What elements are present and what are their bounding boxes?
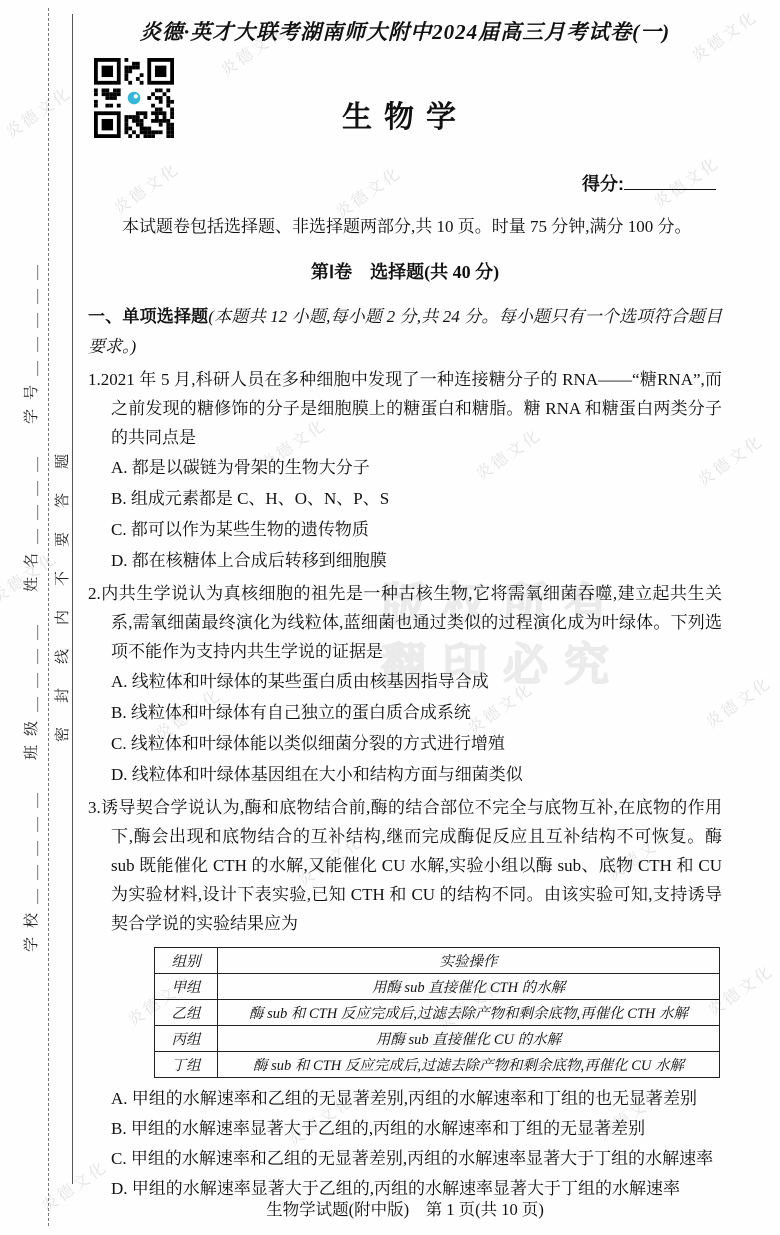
question-3-text: 3.诱导契合学说认为,酶和底物结合前,酶的结合部位不完全与底物互补,在底物的作用…	[88, 793, 722, 938]
table-row: 甲组 用酶 sub 直接催化 CTH 的水解	[155, 974, 720, 1000]
table-header-row: 组别 实验操作	[155, 948, 720, 974]
cell-group: 丁组	[155, 1052, 218, 1078]
question-2: 2.内共生学说认为真核细胞的祖先是一种古核生物,它将需氧细菌吞噬,建立起共生关系…	[88, 579, 722, 790]
table-row: 丙组 用酶 sub 直接催化 CU 的水解	[155, 1026, 720, 1052]
experiment-table: 组别 实验操作 甲组 用酶 sub 直接催化 CTH 的水解 乙组 酶 sub …	[154, 947, 720, 1078]
subject-title: 生物学	[88, 92, 722, 136]
question-1: 1.2021 年 5 月,科研人员在多种细胞中发现了一种连接糖分子的 RNA——…	[88, 365, 722, 576]
question-2-text: 2.内共生学说认为真核细胞的祖先是一种古核生物,它将需氧细菌吞噬,建立起共生关系…	[88, 579, 722, 666]
qr-code	[94, 58, 174, 138]
exam-paper-page: 版权所有 翻印必究 炎德文化炎德文化炎德文化炎德文化炎德文化炎德文化炎德文化炎德…	[0, 0, 780, 1235]
cell-operation: 用酶 sub 直接催化 CU 的水解	[218, 1026, 720, 1052]
question-2-option-b: B. 线粒体和叶绿体有自己独立的蛋白质合成系统	[88, 697, 722, 728]
page-footer: 生物学试题(附中版) 第 1 页(共 10 页)	[88, 1196, 722, 1220]
cell-operation: 酶 sub 和 CTH 反应完成后,过滤去除产物和剩余底物,再催化 CU 水解	[218, 1052, 720, 1078]
cell-operation: 酶 sub 和 CTH 反应完成后,过滤去除产物和剩余底物,再催化 CTH 水解	[218, 1000, 720, 1026]
exam-title: 炎德·英才大联考湖南师大附中2024届高三月考试卷(一)	[88, 16, 722, 46]
table-row: 丁组 酶 sub 和 CTH 反应完成后,过滤去除产物和剩余底物,再催化 CU …	[155, 1052, 720, 1078]
seal-solid-line	[72, 14, 73, 1184]
table-row: 乙组 酶 sub 和 CTH 反应完成后,过滤去除产物和剩余底物,再催化 CTH…	[155, 1000, 720, 1026]
paper-instructions: 本试题卷包括选择题、非选择题两部分,共 10 页。时量 75 分钟,满分 100…	[88, 214, 722, 240]
cell-group: 丙组	[155, 1026, 218, 1052]
cell-group: 乙组	[155, 1000, 218, 1026]
seal-warning-text: 密封线内不要答题	[51, 430, 72, 742]
col-header-operation: 实验操作	[218, 948, 720, 974]
question-1-text: 1.2021 年 5 月,科研人员在多种细胞中发现了一种连接糖分子的 RNA——…	[88, 365, 722, 452]
question-1-option-c: C. 都可以作为某些生物的遗传物质	[88, 514, 722, 545]
question-3-option-b: B. 甲组的水解速率显著大于乙组的,丙组的水解速率和丁组的无显著差别	[88, 1114, 722, 1144]
cell-operation: 用酶 sub 直接催化 CTH 的水解	[218, 974, 720, 1000]
question-2-option-c: C. 线粒体和叶绿体能以类似细菌分裂的方式进行增殖	[88, 728, 722, 759]
question-1-option-a: A. 都是以碳链为骨架的生物大分子	[88, 452, 722, 483]
question-3-option-c: C. 甲组的水解速率和乙组的无显著差别,丙组的水解速率显著大于丁组的水解速率	[88, 1144, 722, 1174]
question-2-option-a: A. 线粒体和叶绿体的某些蛋白质由核基因指导合成	[88, 666, 722, 697]
seal-dashed-line	[48, 8, 49, 1226]
question-1-option-d: D. 都在核糖体上合成后转移到细胞膜	[88, 545, 722, 576]
question-3: 3.诱导契合学说认为,酶和底物结合前,酶的结合部位不完全与底物互补,在底物的作用…	[88, 793, 722, 1204]
student-info-fields: 学校＿＿＿＿＿ 班级＿＿＿＿ 姓名＿＿＿＿ 学号＿＿＿＿＿	[20, 256, 41, 952]
brand-watermark: 炎德文化	[0, 80, 75, 142]
part-heading-label: 一、单项选择题	[88, 307, 208, 326]
main-content: 炎德·英才大联考湖南师大附中2024届高三月考试卷(一) 生物学 得分: 本试题…	[88, 0, 722, 1204]
question-3-option-a: A. 甲组的水解速率和乙组的无显著差别,丙组的水解速率和丁组的也无显著差别	[88, 1084, 722, 1114]
part-heading: 一、单项选择题(本题共 12 小题,每小题 2 分,共 24 分。每小题只有一个…	[88, 302, 722, 362]
section-title: 第Ⅰ卷 选择题(共 40 分)	[88, 258, 722, 284]
score-label: 得分:	[582, 174, 624, 194]
col-header-group: 组别	[155, 948, 218, 974]
question-1-option-b: B. 组成元素都是 C、H、O、N、P、S	[88, 483, 722, 514]
question-2-option-d: D. 线粒体和叶绿体基因组在大小和结构方面与细菌类似	[88, 759, 722, 790]
cell-group: 甲组	[155, 974, 218, 1000]
score-row: 得分:	[88, 170, 722, 196]
score-blank-line	[624, 173, 716, 190]
